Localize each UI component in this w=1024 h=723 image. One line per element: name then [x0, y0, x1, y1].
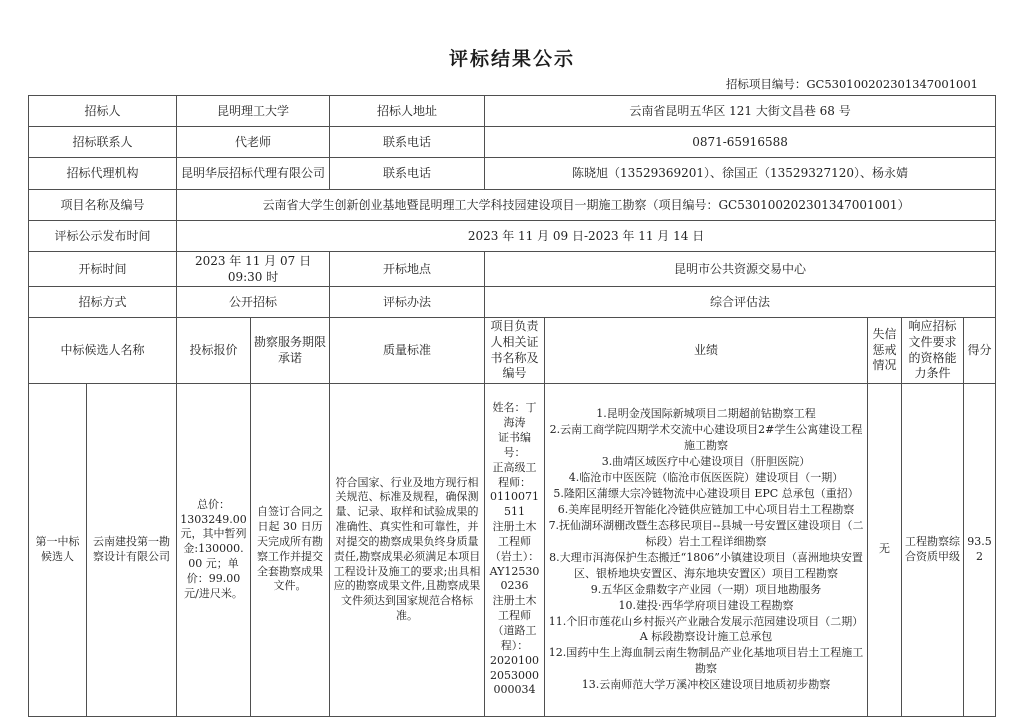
info-label-tender-method: 招标方式: [29, 287, 177, 318]
info-label-project-name: 项目名称及编号: [29, 190, 177, 221]
candidate-row: 第一中标候选人 云南建投第一勘察设计有限公司 总价：1303249.00 元，其…: [29, 383, 996, 716]
col-header-achievements: 业绩: [545, 318, 868, 383]
achievement-item: 5.隆阳区蒲缥大宗冷链物流中心建设项目 EPC 总承包（重招）: [548, 486, 864, 502]
table-row: 招标方式 公开招标 评标办法 综合评估法: [29, 287, 996, 318]
table-header-row: 中标候选人名称 投标报价 勘察服务期限承诺 质量标准 项目负责人相关证书名称及编…: [29, 318, 996, 383]
col-header-candidate-name: 中标候选人名称: [29, 318, 177, 383]
info-label-contact-phone: 联系电话: [330, 127, 485, 158]
achievement-item: 3.曲靖区域医疗中心建设项目（肝胆医院）: [548, 454, 864, 470]
info-value-project-name: 云南省大学生创新创业基地暨昆明理工大学科技园建设项目一期施工勘察（项目编号：GC…: [177, 190, 996, 221]
info-label-contact: 招标联系人: [29, 127, 177, 158]
table-row: 开标时间 2023 年 11 月 07 日 09:30 时 开标地点 昆明市公共…: [29, 252, 996, 287]
info-label-tenderer-address: 招标人地址: [330, 96, 485, 127]
table-row: 项目名称及编号 云南省大学生创新创业基地暨昆明理工大学科技园建设项目一期施工勘察…: [29, 190, 996, 221]
achievement-item: 12.国药中生上海血制云南生物制品产业化基地项目岩土工程施工勘察: [548, 645, 864, 677]
candidate-rank-cell: 第一中标候选人: [29, 383, 87, 716]
info-value-evaluation-method: 综合评估法: [485, 287, 996, 318]
info-value-contact-phone: 0871-65916588: [485, 127, 996, 158]
bid-price-cell: 总价：1303249.00 元，其中暂列金:130000.00 元；单价：99.…: [177, 383, 251, 716]
page-title: 评标结果公示: [0, 0, 1024, 71]
achievement-item: 1.昆明金茂国际新城项目二期超前钻勘察工程: [548, 406, 864, 422]
achievement-item: 11.个旧市莲花山乡村振兴产业融合发展示范园建设项目（二期）A 标段勘察设计施工…: [548, 614, 864, 646]
info-value-agency-phone: 陈晓旭（13529369201）、徐国正（13529327120）、杨永婧: [485, 158, 996, 190]
info-label-opening-place: 开标地点: [330, 252, 485, 287]
score-cell: 93.52: [964, 383, 996, 716]
achievement-item: 6.美库昆明经开智能化冷链供应链加工中心项目岩土工程勘察: [548, 502, 864, 518]
achievement-item: 7.抚仙湖环湖棚改暨生态移民项目--县城一号安置区建设项目（二标段）岩土工程详细…: [548, 518, 864, 550]
info-value-agency: 昆明华辰招标代理有限公司: [177, 158, 330, 190]
table-row: 招标代理机构 昆明华辰招标代理有限公司 联系电话 陈晓旭（13529369201…: [29, 158, 996, 190]
col-header-score: 得分: [964, 318, 996, 383]
info-label-tenderer: 招标人: [29, 96, 177, 127]
achievement-item: 9.五华区金鼎数字产业园（一期）项目地勘服务: [548, 582, 864, 598]
info-value-publish-time: 2023 年 11 月 09 日-2023 年 11 月 14 日: [177, 221, 996, 252]
table-row: 招标人 昆明理工大学 招标人地址 云南省昆明五华区 121 大街文昌巷 68 号: [29, 96, 996, 127]
achievement-item: 4.临沧市中医医院（临沧市佤医医院）建设项目（一期）: [548, 470, 864, 486]
info-value-tenderer: 昆明理工大学: [177, 96, 330, 127]
table-row: 评标公示发布时间 2023 年 11 月 09 日-2023 年 11 月 14…: [29, 221, 996, 252]
qualification-cell: 工程勘察综合资质甲级: [902, 383, 964, 716]
col-header-survey-period: 勘察服务期限承诺: [251, 318, 330, 383]
bid-result-table: 招标人 昆明理工大学 招标人地址 云南省昆明五华区 121 大街文昌巷 68 号…: [28, 95, 996, 717]
info-value-opening-time: 2023 年 11 月 07 日 09:30 时: [177, 252, 330, 287]
quality-standard-cell: 符合国家、行业及地方现行相关规范、标准及规程，确保测量、记录、取样和试验成果的准…: [330, 383, 485, 716]
info-label-agency: 招标代理机构: [29, 158, 177, 190]
survey-period-cell: 自签订合同之日起 30 日历天完成所有勘察工作并提交全套勘察成果文件。: [251, 383, 330, 716]
info-label-agency-phone: 联系电话: [330, 158, 485, 190]
achievement-item: 10.建投·西华学府项目建设工程勘察: [548, 598, 864, 614]
info-value-tenderer-address: 云南省昆明五华区 121 大街文昌巷 68 号: [485, 96, 996, 127]
achievement-item: 13.云南师范大学万溪冲校区建设项目地质初步勘察: [548, 677, 864, 693]
info-label-evaluation-method: 评标办法: [330, 287, 485, 318]
info-value-opening-place: 昆明市公共资源交易中心: [485, 252, 996, 287]
col-header-quality-standard: 质量标准: [330, 318, 485, 383]
info-value-tender-method: 公开招标: [177, 287, 330, 318]
col-header-bid-price: 投标报价: [177, 318, 251, 383]
project-number: 招标项目编号：GC530100202301347001001: [28, 76, 995, 92]
info-label-publish-time: 评标公示发布时间: [29, 221, 177, 252]
manager-certs-cell: 姓名：丁海涛 证书编号： 正高级工程师： 0110071511 注册土木工程师（…: [485, 383, 545, 716]
col-header-dishonesty: 失信惩戒情况: [868, 318, 902, 383]
col-header-manager-certs: 项目负责人相关证书名称及编号: [485, 318, 545, 383]
table-row: 招标联系人 代老师 联系电话 0871-65916588: [29, 127, 996, 158]
info-value-contact: 代老师: [177, 127, 330, 158]
info-label-opening-time: 开标时间: [29, 252, 177, 287]
document-page: 评标结果公示 招标项目编号：GC530100202301347001001 招标…: [0, 0, 1024, 717]
achievements-cell: 1.昆明金茂国际新城项目二期超前钻勘察工程 2.云南工商学院四期学术交流中心建设…: [545, 383, 868, 716]
achievement-item: 8.大理市洱海保护生态搬迁“1806”小镇建设项目（喜洲地块安置区、银桥地块安置…: [548, 550, 864, 582]
achievement-item: 2.云南工商学院四期学术交流中心建设项目2#学生公寓建设工程施工勘察: [548, 422, 864, 454]
candidate-name-cell: 云南建投第一勘察设计有限公司: [87, 383, 177, 716]
col-header-qualification: 响应招标文件要求的资格能力条件: [902, 318, 964, 383]
dishonesty-cell: 无: [868, 383, 902, 716]
